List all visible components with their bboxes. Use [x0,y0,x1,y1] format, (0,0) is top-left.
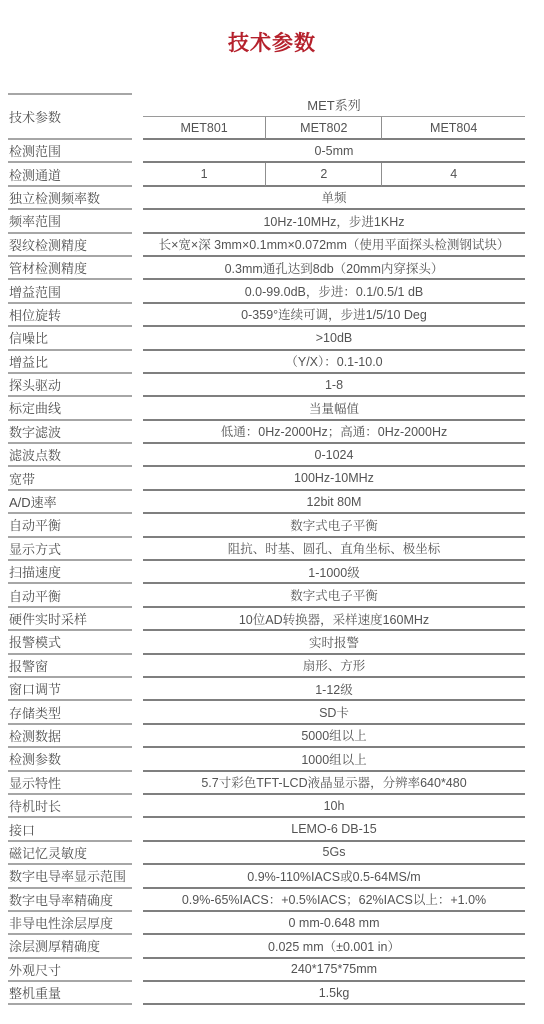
table-row: 管材检测精度0.3mm通孔达到8db（20mm内穿探头） [8,257,525,280]
spec-values: 1-12级 [143,678,525,701]
spec-value: 12bit 80M [143,491,525,514]
spec-values: 240*175*75mm [143,959,525,982]
spec-values: 实时报警 [143,631,525,654]
spec-label: 相位旋转 [8,304,132,327]
column-gap [132,304,143,327]
spec-values: 0.9%-110%IACS或0.5-64MS/m [143,865,525,888]
spec-values: 0.025 mm（±0.001 in） [143,935,525,958]
spec-value: 1000组以上 [143,748,525,771]
column-gap [132,444,143,467]
table-row: 增益比（Y/X）：0.1-10.0 [8,351,525,374]
table-row: 检测参数1000组以上 [8,748,525,771]
spec-value: 5Gs [143,842,525,865]
column-gap [132,538,143,561]
spec-label: 管材检测精度 [8,257,132,280]
spec-label: 检测参数 [8,748,132,771]
spec-values: 0.9%-65%IACS：+0.5%IACS；62%IACS以上：+1.0% [143,889,525,912]
column-gap [132,701,143,724]
table-row: 标定曲线当量幅值 [8,397,525,420]
column-gap [132,818,143,841]
spec-values: 1.5kg [143,982,525,1005]
spec-values: 扇形、方形 [143,655,525,678]
column-gap [132,93,143,140]
spec-sheet-page: 技术参数 技术参数 MET系列 MET801 MET802 MET804 检测范… [0,0,544,1024]
table-row: 信噪比>10dB [8,327,525,350]
spec-label: 数字电导率精确度 [8,889,132,912]
spec-label: 硬件实时采样 [8,608,132,631]
header-right: MET系列 MET801 MET802 MET804 [143,93,525,140]
table-row: 独立检测频率数单频 [8,187,525,210]
spec-label: 报警窗 [8,655,132,678]
spec-label: 磁记忆灵敏度 [8,842,132,865]
spec-label: 独立检测频率数 [8,187,132,210]
page-title: 技术参数 [0,0,544,57]
spec-label: 存储类型 [8,701,132,724]
column-gap [132,631,143,654]
spec-values: 数字式电子平衡 [143,514,525,537]
table-row: 报警窗扇形、方形 [8,655,525,678]
table-row: 存储类型SD卡 [8,701,525,724]
spec-values: 0.0-99.0dB，步进：0.1/0.5/1 dB [143,280,525,303]
column-gap [132,748,143,771]
spec-value: 0-1024 [143,444,525,467]
column-gap [132,725,143,748]
spec-label: 增益范围 [8,280,132,303]
column-gap [132,959,143,982]
column-gap [132,280,143,303]
column-gap [132,257,143,280]
spec-values: 0-1024 [143,444,525,467]
spec-values: 5000组以上 [143,725,525,748]
spec-value: 5000组以上 [143,725,525,748]
column-gap [132,327,143,350]
spec-label: 数字滤波 [8,421,132,444]
model-name: MET802 [265,117,381,140]
column-gap [132,608,143,631]
spec-value: 0-359°连续可调，步进1/5/10 Deg [143,304,525,327]
spec-value: 100Hz-10MHz [143,467,525,490]
spec-value: 数字式电子平衡 [143,514,525,537]
spec-value: 1-1000级 [143,561,525,584]
spec-value: 0-5mm [143,140,525,163]
table-row: 数字滤波低通：0Hz-2000Hz；高通：0Hz-2000Hz [8,421,525,444]
spec-value: 1.5kg [143,982,525,1005]
spec-value: 10Hz-10MHz，步进1KHz [143,210,525,233]
model-name: MET804 [381,117,525,140]
spec-value: 低通：0Hz-2000Hz；高通：0Hz-2000Hz [143,421,525,444]
column-gap [132,678,143,701]
table-row: 外观尺寸240*175*75mm [8,959,525,982]
spec-label: 显示特性 [8,772,132,795]
model-name: MET801 [143,117,265,140]
spec-value: 实时报警 [143,631,525,654]
table-row: 待机时长10h [8,795,525,818]
column-gap [132,912,143,935]
spec-value: 0.025 mm（±0.001 in） [143,935,525,958]
table-row: 窗口调节1-12级 [8,678,525,701]
spec-label: 增益比 [8,351,132,374]
spec-label: 接口 [8,818,132,841]
table-row: 自动平衡数字式电子平衡 [8,584,525,607]
spec-value: 240*175*75mm [143,959,525,982]
table-row: 报警模式实时报警 [8,631,525,654]
table-row: 相位旋转0-359°连续可调，步进1/5/10 Deg [8,304,525,327]
spec-value: 当量幅值 [143,397,525,420]
table-row: A/D速率12bit 80M [8,491,525,514]
column-gap [132,397,143,420]
model-columns: MET801 MET802 MET804 [143,117,525,140]
spec-values: 10Hz-10MHz，步进1KHz [143,210,525,233]
table-row: 涂层测厚精确度0.025 mm（±0.001 in） [8,935,525,958]
column-gap [132,140,143,163]
spec-label: 自动平衡 [8,584,132,607]
column-gap [132,889,143,912]
column-gap [132,772,143,795]
table-row: 检测通道124 [8,163,525,186]
column-gap [132,163,143,186]
column-gap [132,865,143,888]
spec-values: 低通：0Hz-2000Hz；高通：0Hz-2000Hz [143,421,525,444]
spec-values: SD卡 [143,701,525,724]
table-row: 探头驱动1-8 [8,374,525,397]
spec-label: 外观尺寸 [8,959,132,982]
column-gap [132,842,143,865]
spec-label: 信噪比 [8,327,132,350]
spec-rows: 检测范围0-5mm检测通道124独立检测频率数单频频率范围10Hz-10MHz，… [8,140,525,1005]
table-row: 频率范围10Hz-10MHz，步进1KHz [8,210,525,233]
spec-value: 数字式电子平衡 [143,584,525,607]
column-gap [132,514,143,537]
spec-values: 数字式电子平衡 [143,584,525,607]
spec-values: >10dB [143,327,525,350]
corner-label: 技术参数 [8,93,132,140]
table-row: 整机重量1.5kg [8,982,525,1005]
column-gap [132,351,143,374]
spec-label: 裂纹检测精度 [8,234,132,257]
spec-label: 自动平衡 [8,514,132,537]
spec-values: 5.7寸彩色TFT-LCD液晶显示器，分辨率640*480 [143,772,525,795]
table-row: 检测数据5000组以上 [8,725,525,748]
spec-label: 探头驱动 [8,374,132,397]
table-row: 扫描速度1-1000级 [8,561,525,584]
spec-value: （Y/X）：0.1-10.0 [143,351,525,374]
table-row: 显示特性5.7寸彩色TFT-LCD液晶显示器，分辨率640*480 [8,772,525,795]
spec-value: 0 mm-0.648 mm [143,912,525,935]
spec-value: 2 [265,163,381,186]
spec-values: （Y/X）：0.1-10.0 [143,351,525,374]
spec-value: 扇形、方形 [143,655,525,678]
spec-value: 阻抗、时基、圆孔、直角坐标、极坐标 [143,538,525,561]
column-gap [132,467,143,490]
table-row: 裂纹检测精度长×宽×深 3mm×0.1mm×0.072mm（使用平面探头检测钢试… [8,234,525,257]
table-header-row: 技术参数 MET系列 MET801 MET802 MET804 [8,93,525,140]
spec-value: SD卡 [143,701,525,724]
spec-label: 检测数据 [8,725,132,748]
column-gap [132,795,143,818]
spec-label: 数字电导率显示范围 [8,865,132,888]
spec-value: 0.0-99.0dB，步进：0.1/0.5/1 dB [143,280,525,303]
table-row: 显示方式阻抗、时基、圆孔、直角坐标、极坐标 [8,538,525,561]
spec-values: 单频 [143,187,525,210]
spec-label: 窗口调节 [8,678,132,701]
spec-values: 124 [143,163,525,186]
spec-values: 1000组以上 [143,748,525,771]
column-gap [132,210,143,233]
spec-values: 1-8 [143,374,525,397]
spec-label: 标定曲线 [8,397,132,420]
spec-label: 非导电性涂层厚度 [8,912,132,935]
spec-values: 0-359°连续可调，步进1/5/10 Deg [143,304,525,327]
column-gap [132,234,143,257]
table-row: 数字电导率精确度0.9%-65%IACS：+0.5%IACS；62%IACS以上… [8,889,525,912]
spec-label: 检测通道 [8,163,132,186]
series-label: MET系列 [143,93,525,117]
table-row: 检测范围0-5mm [8,140,525,163]
table-row: 磁记忆灵敏度5Gs [8,842,525,865]
spec-value: 长×宽×深 3mm×0.1mm×0.072mm（使用平面探头检测钢试块） [143,234,525,257]
column-gap [132,491,143,514]
spec-label: A/D速率 [8,491,132,514]
spec-values: 10位AD转换器，采样速度160MHz [143,608,525,631]
column-gap [132,561,143,584]
spec-label: 扫描速度 [8,561,132,584]
column-gap [132,982,143,1005]
column-gap [132,421,143,444]
spec-value: 4 [381,163,525,186]
spec-label: 涂层测厚精确度 [8,935,132,958]
table-row: 滤波点数0-1024 [8,444,525,467]
spec-label: 频率范围 [8,210,132,233]
spec-values: 12bit 80M [143,491,525,514]
spec-label: 整机重量 [8,982,132,1005]
column-gap [132,584,143,607]
column-gap [132,655,143,678]
spec-value: 10位AD转换器，采样速度160MHz [143,608,525,631]
spec-label: 待机时长 [8,795,132,818]
table-row: 接口LEMO-6 DB-15 [8,818,525,841]
spec-value: 0.9%-110%IACS或0.5-64MS/m [143,865,525,888]
spec-value: LEMO-6 DB-15 [143,818,525,841]
spec-label: 显示方式 [8,538,132,561]
spec-values: 5Gs [143,842,525,865]
column-gap [132,187,143,210]
spec-value: 5.7寸彩色TFT-LCD液晶显示器，分辨率640*480 [143,772,525,795]
table-row: 非导电性涂层厚度0 mm-0.648 mm [8,912,525,935]
table-row: 数字电导率显示范围0.9%-110%IACS或0.5-64MS/m [8,865,525,888]
spec-value: >10dB [143,327,525,350]
spec-value: 1-12级 [143,678,525,701]
spec-values: 当量幅值 [143,397,525,420]
spec-value: 1-8 [143,374,525,397]
spec-values: 0 mm-0.648 mm [143,912,525,935]
column-gap [132,374,143,397]
spec-values: 0.3mm通孔达到8db（20mm内穿探头） [143,257,525,280]
spec-values: LEMO-6 DB-15 [143,818,525,841]
spec-label: 检测范围 [8,140,132,163]
spec-value: 单频 [143,187,525,210]
spec-value: 1 [143,163,265,186]
spec-value: 0.9%-65%IACS：+0.5%IACS；62%IACS以上：+1.0% [143,889,525,912]
spec-label: 宽带 [8,467,132,490]
spec-table: 技术参数 MET系列 MET801 MET802 MET804 检测范围0-5m… [8,93,525,1005]
spec-value: 10h [143,795,525,818]
spec-values: 1-1000级 [143,561,525,584]
table-row: 自动平衡数字式电子平衡 [8,514,525,537]
table-row: 宽带100Hz-10MHz [8,467,525,490]
table-row: 增益范围0.0-99.0dB，步进：0.1/0.5/1 dB [8,280,525,303]
spec-label: 报警模式 [8,631,132,654]
spec-label: 滤波点数 [8,444,132,467]
table-row: 硬件实时采样10位AD转换器，采样速度160MHz [8,608,525,631]
spec-values: 阻抗、时基、圆孔、直角坐标、极坐标 [143,538,525,561]
column-gap [132,935,143,958]
spec-values: 100Hz-10MHz [143,467,525,490]
spec-values: 10h [143,795,525,818]
spec-values: 0-5mm [143,140,525,163]
spec-values: 长×宽×深 3mm×0.1mm×0.072mm（使用平面探头检测钢试块） [143,234,525,257]
spec-value: 0.3mm通孔达到8db（20mm内穿探头） [143,257,525,280]
